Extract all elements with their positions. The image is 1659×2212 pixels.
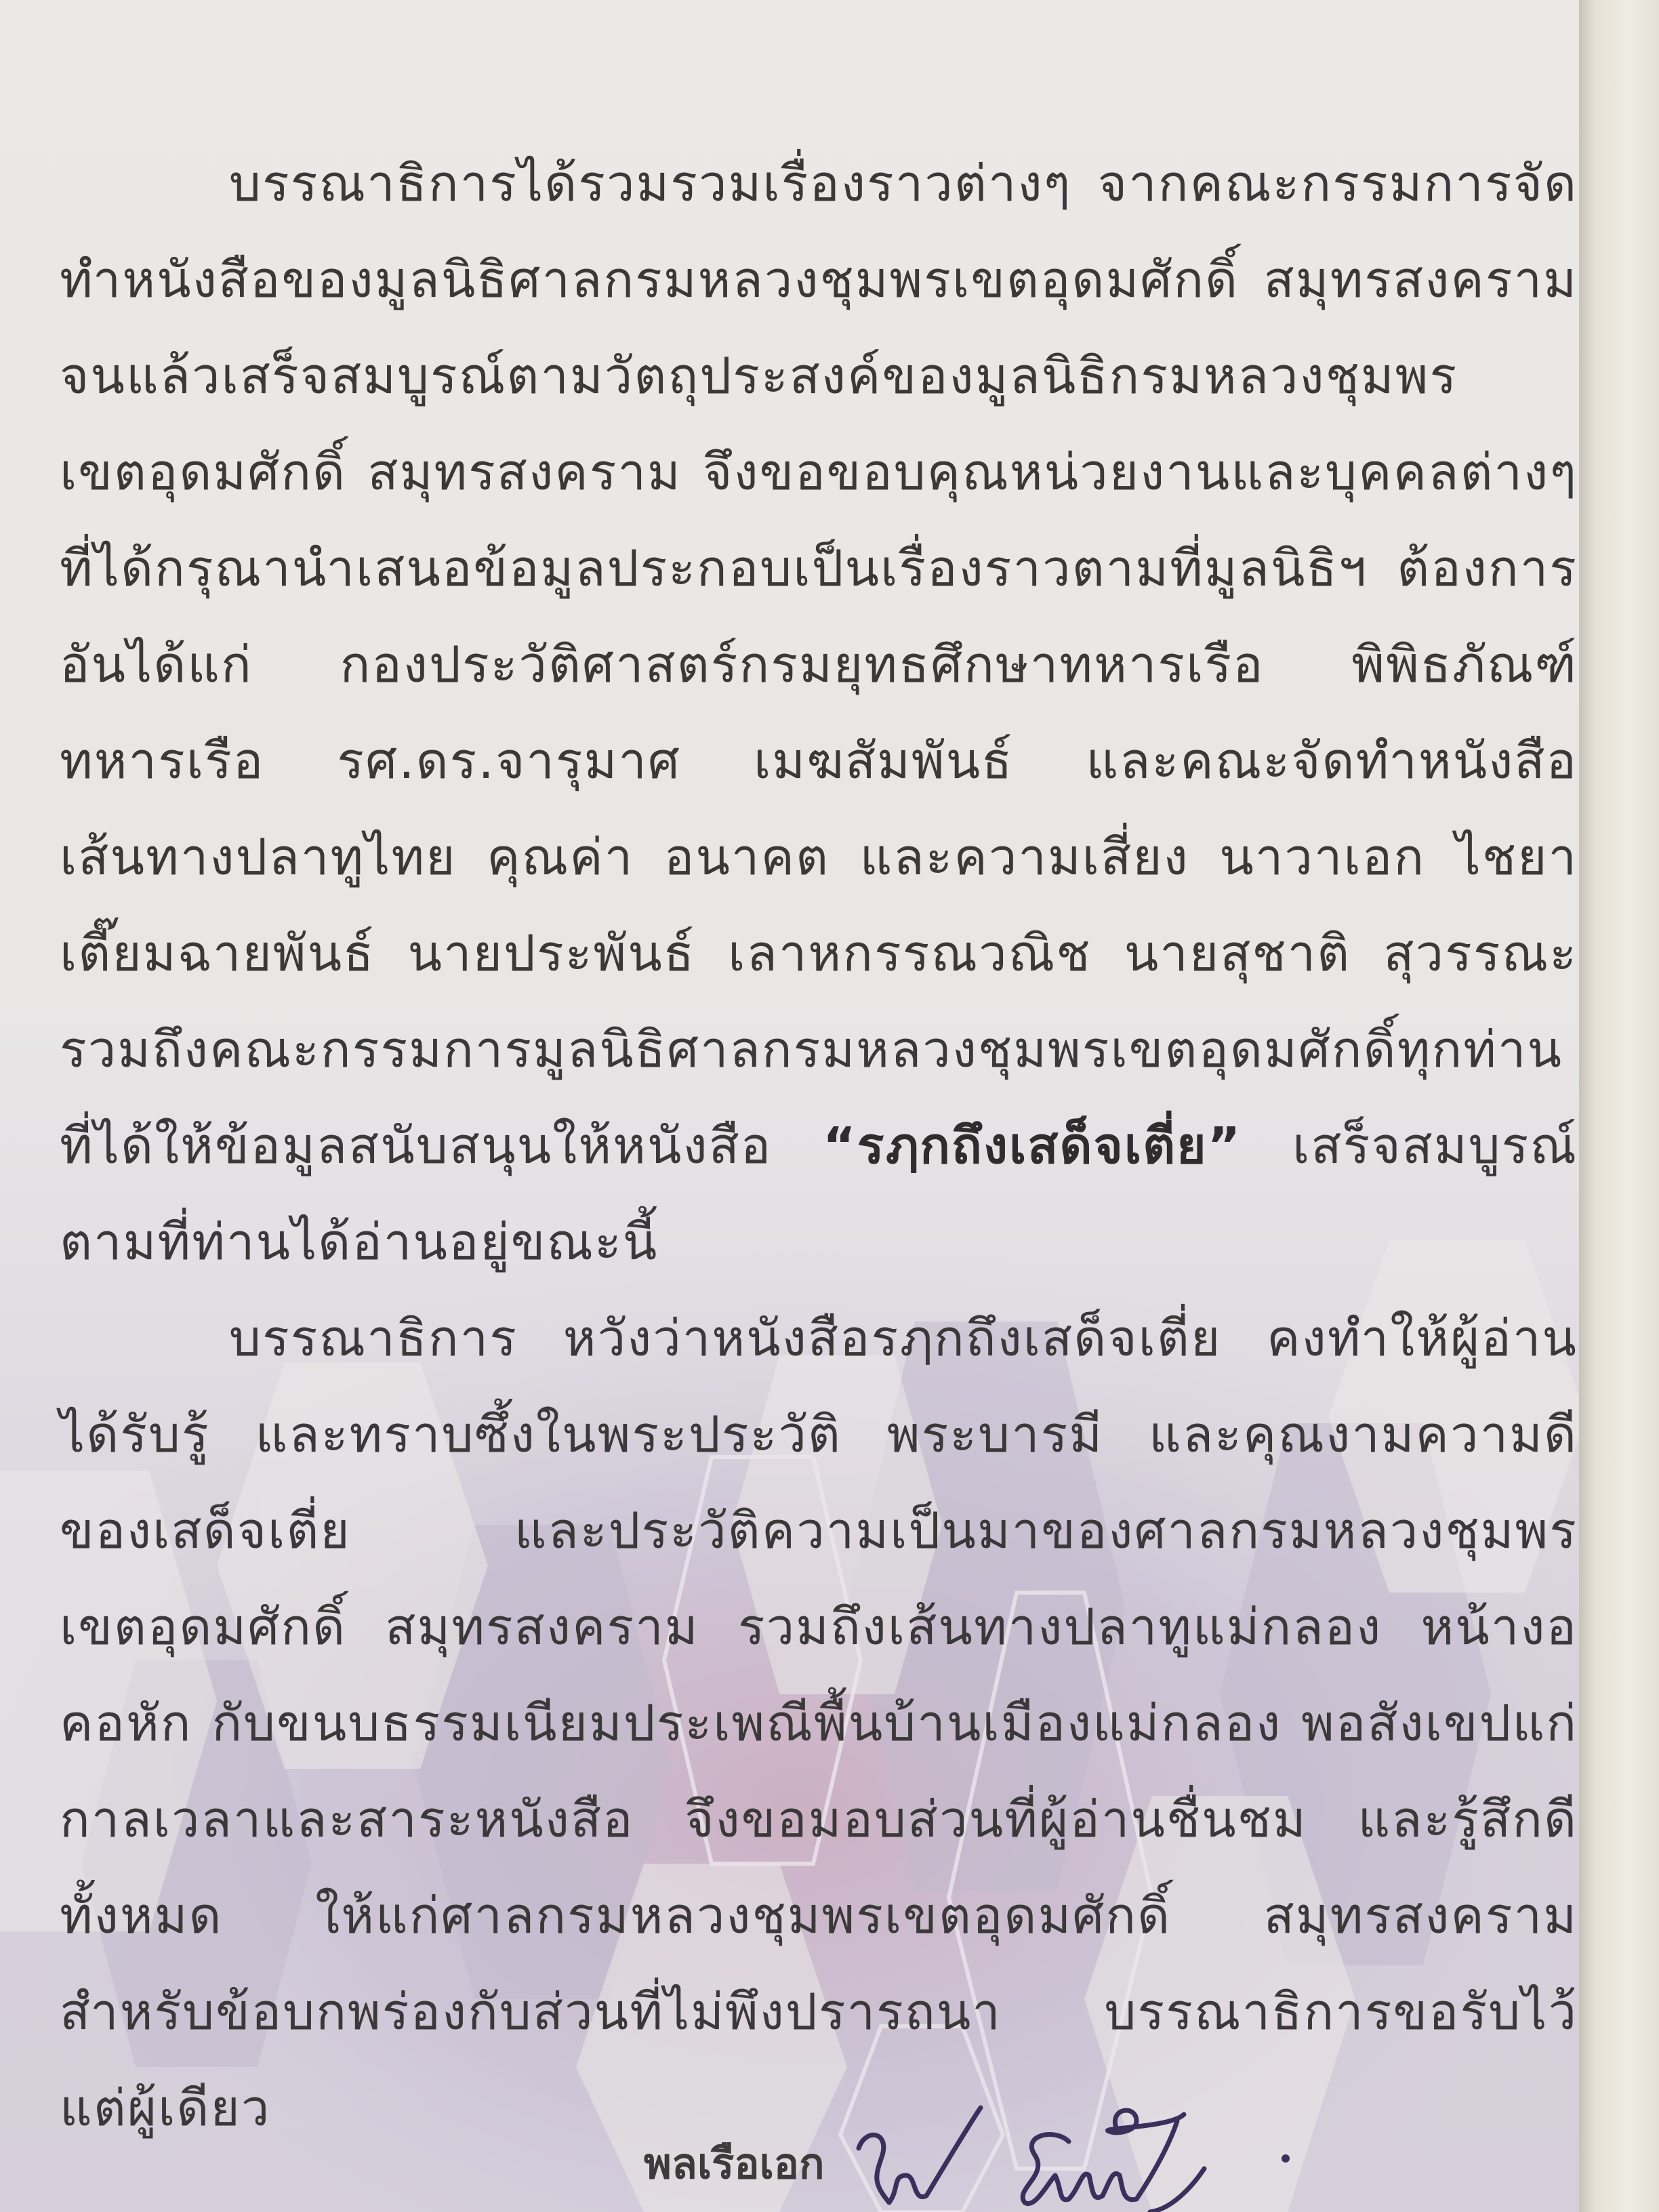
text-segment: ที่ได้ให้ข้อมูลสนับสนุนให้หนังสือ xyxy=(60,1117,823,1175)
text-line: คอหัก กับขนบธรรมเนียมประเพณีพื้นบ้านเมือ… xyxy=(60,1675,1578,1771)
signature-block: พลเรือเอก xyxy=(644,2101,1408,2212)
text-line: เขตอุดมศักดิ์ สมุทรสงคราม จึงขอขอบคุณหน่… xyxy=(60,424,1578,520)
body-text: บรรณาธิการได้รวมรวมเรื่องราวต่างๆ จากคณะ… xyxy=(60,136,1578,2156)
text-line: บรรณาธิการได้รวมรวมเรื่องราวต่างๆ จากคณะ… xyxy=(60,136,1578,232)
text-line: เตี๊ยมฉายพันธ์ นายประพันธ์ เลาหกรรณวณิช … xyxy=(60,905,1578,1002)
text-line: รวมถึงคณะกรรมการมูลนิธิศาลกรมหลวงชุมพรเข… xyxy=(60,1002,1578,1098)
text-line: อันได้แก่ กองประวัติศาสตร์กรมยุทธศึกษาทห… xyxy=(60,617,1578,713)
text-line: ที่ได้กรุณานำเสนอข้อมูลประกอบเป็นเรื่องร… xyxy=(60,520,1578,617)
handwritten-signature-icon xyxy=(852,2101,1408,2212)
paragraph-2: บรรณาธิการ หวังว่าหนังสือรฦกถึงเสด็จเตี่… xyxy=(60,1290,1578,2156)
paragraph-1: บรรณาธิการได้รวมรวมเรื่องราวต่างๆ จากคณะ… xyxy=(60,136,1578,1290)
text-line: เขตอุดมศักดิ์ สมุทรสงคราม รวมถึงเส้นทางป… xyxy=(60,1579,1578,1675)
text-line: ตามที่ท่านได้อ่านอยู่ขณะนี้ xyxy=(60,1194,1578,1290)
text-segment: เสร็จสมบูรณ์ xyxy=(1242,1117,1578,1175)
text-line: ทำหนังสือของมูลนิธิศาลกรมหลวงชุมพรเขตอุด… xyxy=(60,232,1578,328)
text-line: ของเสด็จเตี่ย และประวัติความเป็นมาของศาล… xyxy=(60,1483,1578,1579)
text-line: ทั้งหมด ให้แก่ศาลกรมหลวงชุมพรเขตอุดมศักด… xyxy=(60,1868,1578,1964)
text-line: เส้นทางปลาทูไทย คุณค่า อนาคต และความเสี่… xyxy=(60,809,1578,905)
text-line: จนแล้วเสร็จสมบูรณ์ตามวัตถุประสงค์ของมูลน… xyxy=(60,328,1578,424)
book-page: บรรณาธิการได้รวมรวมเรื่องราวต่างๆ จากคณะ… xyxy=(0,0,1596,2212)
signer-rank: พลเรือเอก xyxy=(644,2131,825,2197)
text-line-with-book-title: ที่ได้ให้ข้อมูลสนับสนุนให้หนังสือ “รฦกถึ… xyxy=(60,1098,1578,1194)
text-line: ทหารเรือ รศ.ดร.จารุมาศ เมฆสัมพันธ์ และคณ… xyxy=(60,713,1578,809)
text-line: กาลเวลาและสาระหนังสือ จึงขอมอบส่วนที่ผู้… xyxy=(60,1771,1578,1868)
text-line: สำหรับข้อบกพร่องกับส่วนที่ไม่พึงปรารถนา … xyxy=(60,1964,1578,2060)
book-title: “รฦกถึงเสด็จเตี่ย” xyxy=(823,1117,1242,1175)
text-line: ได้รับรู้ และทราบซึ้งในพระประวัติ พระบาร… xyxy=(60,1387,1578,1483)
page-edge xyxy=(1579,0,1659,2212)
text-line: บรรณาธิการ หวังว่าหนังสือรฦกถึงเสด็จเตี่… xyxy=(60,1290,1578,1387)
